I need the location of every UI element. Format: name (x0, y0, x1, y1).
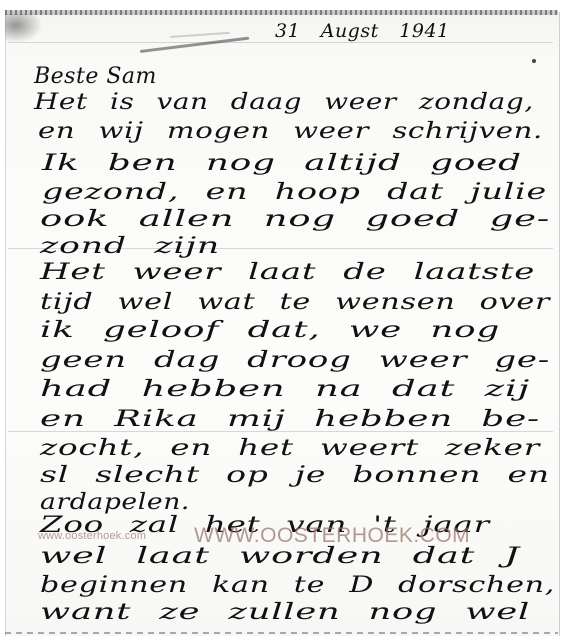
paper-bottom-edge (5, 632, 558, 634)
letter-line: gezond, en hoop dat julie (42, 182, 547, 204)
letter-line: beginnen kan te D dorschen, (40, 575, 555, 597)
letter-line: want ze zullen nog wel (40, 602, 530, 624)
letter-line: en wij mogen weer schrijven. (38, 121, 543, 143)
ink-spot (532, 59, 536, 63)
letter-date: 31 Augst 1941 (275, 22, 450, 41)
letter-line: had hebben na dat zij (40, 379, 530, 401)
watermark-large: WWW.OOSTERHOEK.COM (194, 524, 470, 548)
letter-line: wel laat worden dat J (40, 546, 520, 568)
letter-line: ik geloof dat, we nog (40, 320, 500, 342)
corner-stain (5, 14, 41, 42)
letter-line: Het weer laat de laatste (40, 262, 535, 284)
letter-line: ook allen nog goed ge- (40, 209, 550, 231)
letter-line: sl slecht op je bonnen en (40, 465, 550, 487)
letter-line: zond zijn (40, 236, 220, 258)
letter-line: ardapelen. (40, 492, 190, 514)
paper-rule (8, 42, 553, 43)
serrated-paper-edge (5, 10, 558, 15)
letter-line: Ik ben nog altijd goed (42, 153, 522, 175)
letter-line: zocht, en het weert zeker (40, 438, 540, 460)
letter-line: Het is van daag weer zondag, (34, 92, 534, 114)
watermark-small: www.oosterhoek.com (38, 530, 146, 542)
letter-line: geen dag droog weer ge- (40, 350, 550, 372)
letter-line: tijd wel wat te wensen over (40, 292, 550, 314)
letter-greeting: Beste Sam (34, 66, 157, 88)
letter-line: en Rika mij hebben be- (40, 409, 540, 431)
